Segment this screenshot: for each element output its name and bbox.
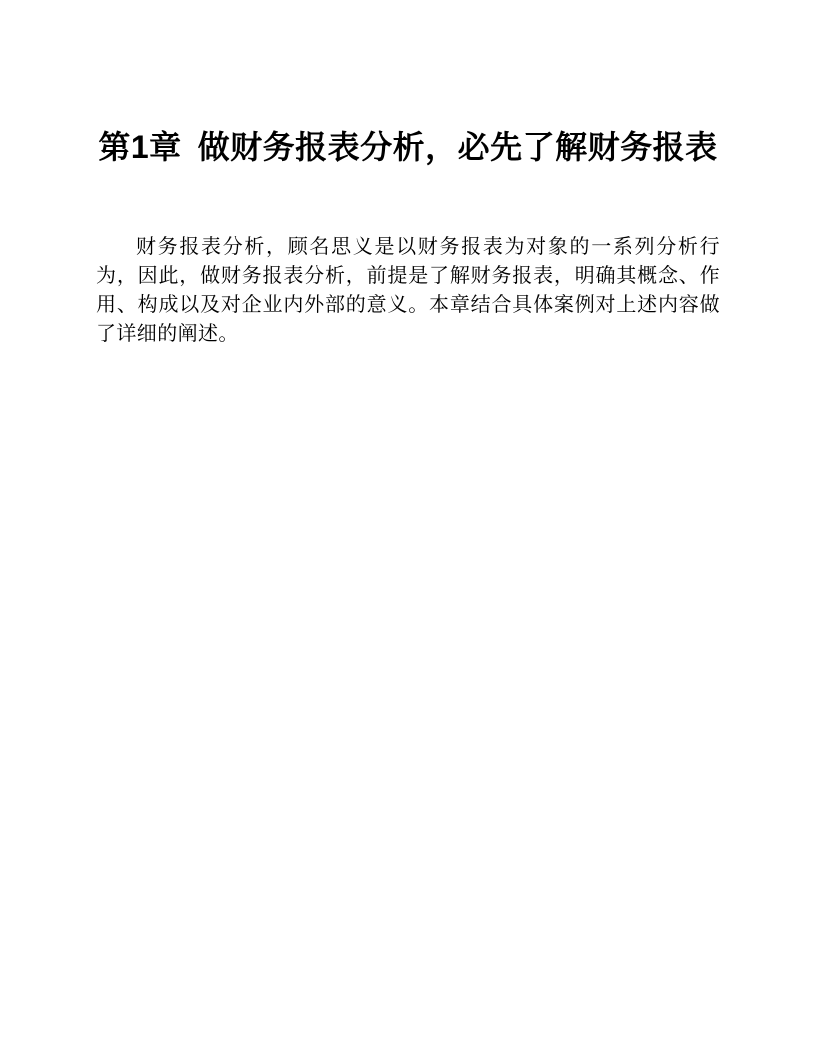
intro-paragraph: 财务报表分析，顾名思义是以财务报表为对象的一系列分析行为，因此，做财务报表分析，…: [96, 233, 720, 349]
chapter-heading: 第1章做财务报表分析，必先了解财务报表: [96, 126, 720, 168]
chapter-title: 做财务报表分析，必先了解财务报表: [198, 129, 718, 165]
chapter-number: 第1章: [98, 129, 181, 165]
document-page: 第1章做财务报表分析，必先了解财务报表 财务报表分析，顾名思义是以财务报表为对象…: [0, 0, 816, 1056]
